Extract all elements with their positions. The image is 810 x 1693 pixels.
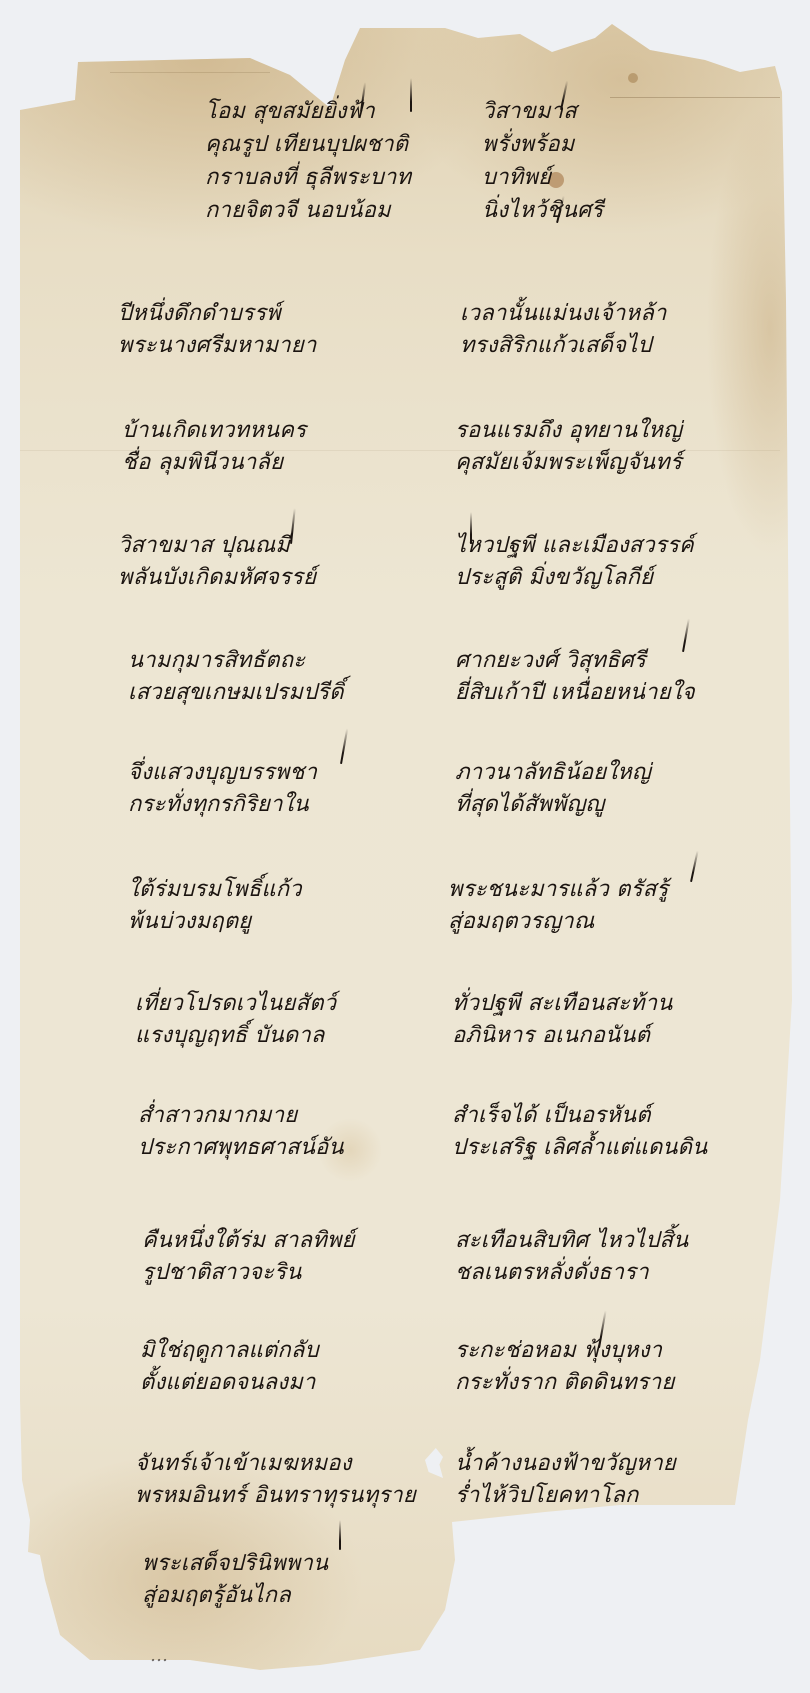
verse-line: สะเทือนสิบทิศ ไหวไปสิ้น: [455, 1225, 688, 1257]
verse-line: บ้านเกิดเทวทหนคร: [122, 415, 306, 447]
verse-line: มิใช่ฤดูกาลแต่กลับ: [140, 1335, 319, 1367]
verse-line: ทรงสิริกแก้วเสด็จไป: [460, 330, 667, 362]
verse-line: เวลานั้นแม่นงเจ้าหล้า: [460, 298, 667, 330]
verse-line: สู่อมฤตวรญาณ: [448, 906, 668, 938]
verse-line: ชลเนตรหลั่งดั่งธารา: [455, 1257, 688, 1289]
verse-line: ประเสริฐ เลิศล้ำแต่แดนดิน: [452, 1132, 707, 1164]
calligraphy-flourish: [339, 1520, 341, 1550]
stanza-2-left: บ้านเกิดเทวทหนคร ชื่อ ลุมพินีวนาลัย: [122, 415, 306, 479]
verse-line: พระเสด็จปรินิพพาน: [142, 1548, 328, 1580]
stanza-6-left: ใต้ร่มบรมโพธิ์แก้ว พ้นบ่วงมฤตยู: [128, 874, 302, 938]
stanza-6-right: พระชนะมารแล้ว ตรัสรู้ สู่อมฤตวรญาณ: [448, 874, 668, 938]
verse-line: พระชนะมารแล้ว ตรัสรู้: [448, 874, 668, 906]
stanza-10-left: มิใช่ฤดูกาลแต่กลับ ตั้งแต่ยอดจนลงมา: [140, 1335, 319, 1399]
stanza-4-right: ศากยะวงศ์ วิสุทธิศรี ยี่สิบเก้าปี เหนื่อ…: [455, 645, 695, 709]
verse-line: รูปชาติสาวจะริน: [142, 1257, 355, 1289]
verse-line: ส่ำสาวกมากมาย: [138, 1100, 344, 1132]
verse-line: แรงบุญฤทธิ์ บันดาล: [135, 1020, 336, 1052]
verse-line: จึ่งแสวงบุญบรรพชา: [128, 757, 317, 789]
verse-line: นามกุมารสิทธัตถะ: [128, 645, 344, 677]
verse-line: นิ่งไหว้ชินศรี: [482, 194, 603, 227]
torn-fragment-line: …: [150, 1640, 168, 1672]
stanza-9-left: คืนหนึ่งใต้ร่ม สาลทิพย์ รูปชาติสาวจะริน: [142, 1225, 355, 1289]
verse-line: พรั่งพร้อม: [482, 128, 603, 161]
stanza-10-right: ระกะช่อหอม ฟุ้งบุหงา กระทั่งราก ติดดินทร…: [455, 1335, 675, 1399]
opening-stanza-left: โอม สุขสมัยยิ่งฟ้า คุณรูป เทียนบุปผชาติ …: [205, 95, 411, 227]
verse-line: สำเร็จได้ เป็นอรหันต์: [452, 1100, 707, 1132]
verse-line: คืนหนึ่งใต้ร่ม สาลทิพย์: [142, 1225, 355, 1257]
verse-line: สู่อมฤตรู้อันไกล: [142, 1580, 328, 1612]
stanza-11-left: จันทร์เจ้าเข้าเมฆหมอง พรหมอินทร์ อินทราท…: [135, 1448, 416, 1512]
calligraphy-flourish: [470, 512, 472, 544]
stanza-8-right: สำเร็จได้ เป็นอรหันต์ ประเสริฐ เลิศล้ำแต…: [452, 1100, 707, 1164]
verse-line: กระทั่งราก ติดดินทราย: [455, 1367, 675, 1399]
stanza-11-right: น้ำค้างนองฟ้าขวัญหาย ร่ำไห้วิปโยคทาโลก: [455, 1448, 676, 1512]
verse-line: พรหมอินทร์ อินทราทุรนทุราย: [135, 1480, 416, 1512]
verse-line: เสวยสุขเกษมเปรมปรีดิ์: [128, 677, 344, 709]
verse-line: วิสาขมาส: [482, 95, 603, 128]
stanza-4-left: นามกุมารสิทธัตถะ เสวยสุขเกษมเปรมปรีดิ์: [128, 645, 344, 709]
verse-line: น้ำค้างนองฟ้าขวัญหาย: [455, 1448, 676, 1480]
verse-line: จันทร์เจ้าเข้าเมฆหมอง: [135, 1448, 416, 1480]
stanza-5-left: จึ่งแสวงบุญบรรพชา กระทั่งทุกรกิริยาใน: [128, 757, 317, 821]
stanza-7-left: เที่ยวโปรดเวไนยสัตว์ แรงบุญฤทธิ์ บันดาล: [135, 988, 336, 1052]
stanza-5-right: ภาวนาลัทธิน้อยใหญ่ ที่สุดได้สัพพัญญู: [455, 757, 651, 821]
verse-line: วิสาขมาส ปุณณมี: [118, 530, 316, 562]
calligraphy-flourish: [340, 728, 348, 764]
verse-line: พระนางศรีมหามายา: [118, 330, 317, 362]
verse-line: เที่ยวโปรดเวไนยสัตว์: [135, 988, 336, 1020]
stanza-2-right: รอนแรมถึง อุทยานใหญ่ คุสมัยเจ้มพระเพ็ญจั…: [455, 415, 682, 479]
stanza-9-right: สะเทือนสิบทิศ ไหวไปสิ้น ชลเนตรหลั่งดั่งธ…: [455, 1225, 688, 1289]
stanza-7-right: ทั่วปฐพี สะเทือนสะท้าน อภินิหาร อเนกอนัน…: [452, 988, 673, 1052]
verse-line: กายจิตวจี นอบน้อม: [205, 194, 411, 227]
verse-line: ระกะช่อหอม ฟุ้งบุหงา: [455, 1335, 675, 1367]
verse-line: ทั่วปฐพี สะเทือนสะท้าน: [452, 988, 673, 1020]
manuscript-text: โอม สุขสมัยยิ่งฟ้า คุณรูป เทียนบุปผชาติ …: [0, 0, 810, 1693]
closing-stanza: พระเสด็จปรินิพพาน สู่อมฤตรู้อันไกล: [142, 1548, 328, 1612]
verse-line: ยี่สิบเก้าปี เหนื่อยหน่ายใจ: [455, 677, 695, 709]
verse-line: รอนแรมถึง อุทยานใหญ่: [455, 415, 682, 447]
verse-line: ที่สุดได้สัพพัญญู: [455, 789, 651, 821]
verse-line: พลันบังเกิดมหัศจรรย์: [118, 562, 316, 594]
verse-line: โอม สุขสมัยยิ่งฟ้า: [205, 95, 411, 128]
verse-line: พ้นบ่วงมฤตยู: [128, 906, 302, 938]
verse-line: ปีหนึ่งดึกดำบรรพ์: [118, 298, 317, 330]
verse-line: ศากยะวงศ์ วิสุทธิศรี: [455, 645, 695, 677]
stanza-1-right: เวลานั้นแม่นงเจ้าหล้า ทรงสิริกแก้วเสด็จไ…: [460, 298, 667, 362]
verse-line: ตั้งแต่ยอดจนลงมา: [140, 1367, 319, 1399]
stanza-3-left: วิสาขมาส ปุณณมี พลันบังเกิดมหัศจรรย์: [118, 530, 316, 594]
stanza-3-right: ไหวปฐพี และเมืองสวรรค์ ประสูติ มิ่งขวัญโ…: [455, 530, 694, 594]
verse-line: คุสมัยเจ้มพระเพ็ญจันทร์: [455, 447, 682, 479]
calligraphy-flourish: [690, 850, 699, 882]
verse-line: ร่ำไห้วิปโยคทาโลก: [455, 1480, 676, 1512]
verse-line: อภินิหาร อเนกอนันต์: [452, 1020, 673, 1052]
verse-line: บาทิพย์: [482, 161, 603, 194]
verse-line: ไหวปฐพี และเมืองสวรรค์: [455, 530, 694, 562]
verse-line: กราบลงที่ ธุลีพระบาท: [205, 161, 411, 194]
verse-line: คุณรูป เทียนบุปผชาติ: [205, 128, 411, 161]
verse-line: ใต้ร่มบรมโพธิ์แก้ว: [128, 874, 302, 906]
verse-line: ภาวนาลัทธิน้อยใหญ่: [455, 757, 651, 789]
opening-stanza-right: วิสาขมาส พรั่งพร้อม บาทิพย์ นิ่งไหว้ชินศ…: [482, 95, 603, 227]
verse-line: ชื่อ ลุมพินีวนาลัย: [122, 447, 306, 479]
stanza-1-left: ปีหนึ่งดึกดำบรรพ์ พระนางศรีมหามายา: [118, 298, 317, 362]
verse-line: ประกาศพุทธศาสน์อัน: [138, 1132, 344, 1164]
stanza-8-left: ส่ำสาวกมากมาย ประกาศพุทธศาสน์อัน: [138, 1100, 344, 1164]
verse-line: กระทั่งทุกรกิริยาใน: [128, 789, 317, 821]
calligraphy-flourish: [410, 78, 412, 112]
verse-line: ประสูติ มิ่งขวัญโลกีย์: [455, 562, 694, 594]
